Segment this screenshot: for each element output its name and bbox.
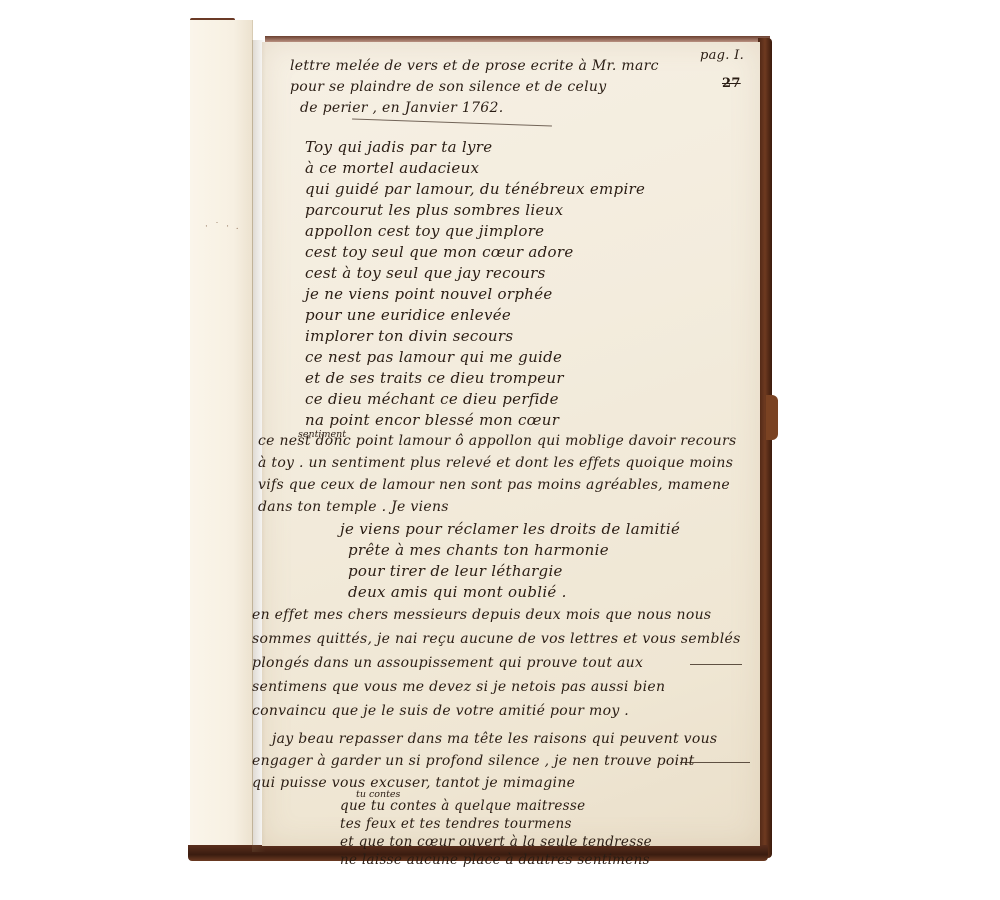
verse-1-line: ce nest pas lamour qui me guide (305, 348, 562, 366)
page-marker: pag. I. (700, 48, 744, 63)
verse-1-line: na point encor blessé mon cœur (305, 411, 559, 429)
heading-line-3: de perier , en Janvier 1762. (300, 100, 503, 116)
prose-2-line: convaincu que je le suis de votre amitié… (252, 703, 629, 719)
struck-page-number: 27 (722, 76, 741, 91)
heading-line-1: lettre melée de vers et de prose ecrite … (290, 58, 659, 74)
verse-2-line: deux amis qui mont oublié . (348, 583, 567, 601)
verse-1-line: je ne viens point nouvel orphée (305, 285, 553, 303)
prose-3-line: jay beau repasser dans ma tête les raiso… (272, 731, 717, 747)
prose-3-line: qui puisse vous excuser, tantot je mimag… (252, 775, 575, 791)
verse-1-line: implorer ton divin secours (305, 327, 513, 345)
verse-1-line: à ce mortel audacieux (305, 159, 479, 177)
verse-3-line: tes feux et tes tendres tourmens (340, 816, 572, 832)
prose-1-line: vifs que ceux de lamour nen sont pas moi… (258, 477, 730, 493)
verse-1-line: parcourut les plus sombres lieux (305, 201, 563, 219)
prose-2-line: sommes quittés, je nai reçu aucune de vo… (252, 631, 741, 647)
interlinear-insertion: sentiment (298, 429, 346, 440)
verse-1-line: pour une euridice enlevée (305, 306, 511, 324)
verse-3-line: et que ton cœur ouvert à la seule tendre… (340, 834, 652, 850)
verse-1-line: appollon cest toy que jimplore (305, 222, 544, 240)
verse-1-line: cest toy seul que mon cœur adore (305, 243, 574, 261)
binding-tab (766, 395, 778, 440)
prose-2-line: sentimens que vous me devez si je netois… (252, 679, 665, 695)
manuscript-book: · ˙ · . pag. I. 27 lettre melée de vers … (0, 0, 1000, 900)
blank-flyleaf (190, 20, 253, 858)
verse-1-line: qui guidé par lamour, du ténébreux empir… (305, 180, 645, 198)
verse-2-line: prête à mes chants ton harmonie (348, 541, 609, 559)
verse-2-line: pour tirer de leur léthargie (348, 562, 563, 580)
prose-3-line: engager à garder un si profond silence ,… (252, 753, 695, 769)
prose-1-line: dans ton temple . Je viens (258, 499, 449, 515)
prose-1-line: à toy . un sentiment plus relevé et dont… (258, 455, 733, 471)
verse-3-line: que tu contes à quelque maitresse (340, 798, 585, 814)
verse-1-line: Toy qui jadis par ta lyre (305, 138, 492, 156)
line-filler-dash (690, 664, 742, 665)
heading-line-2: pour se plaindre de son silence et de ce… (290, 79, 606, 95)
foxing-spots: · ˙ · . (205, 222, 241, 232)
binding-right-edge (758, 38, 772, 858)
verse-1-line: ce dieu méchant ce dieu perfide (305, 390, 559, 408)
verse-3-line: ne laisse aucune place à dautres sentime… (340, 852, 650, 868)
line-filler-dash (680, 762, 750, 763)
verse-1-line: cest à toy seul que jay recours (305, 264, 546, 282)
verse-1-line: et de ses traits ce dieu trompeur (305, 369, 564, 387)
prose-2-line: plongés dans un assoupissement qui prouv… (252, 655, 643, 671)
verse-2-line: je viens pour réclamer les droits de lam… (340, 520, 680, 538)
prose-2-line: en effet mes chers messieurs depuis deux… (252, 607, 711, 623)
